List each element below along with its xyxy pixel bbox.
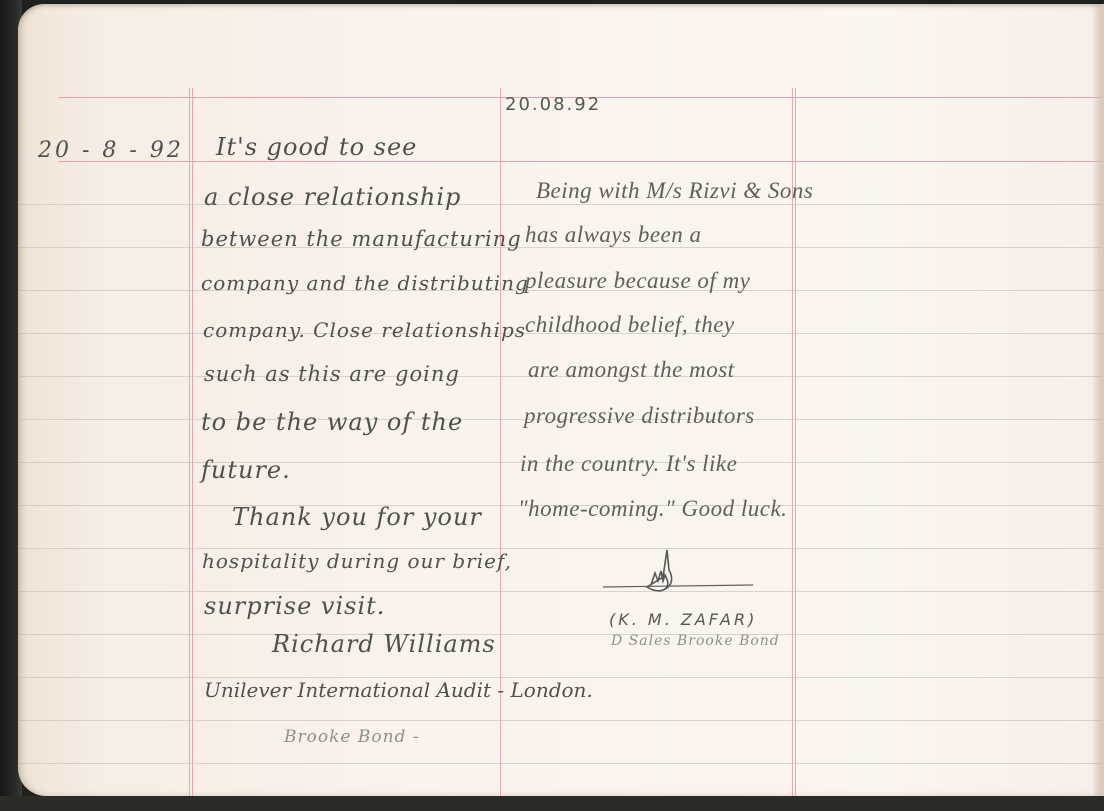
ruled-line xyxy=(18,204,1104,205)
entry-1-line: future. xyxy=(201,456,291,484)
ruled-line xyxy=(18,634,1104,635)
ruled-line xyxy=(18,548,1104,549)
entry-1-annotation: Brooke Bond - xyxy=(284,727,420,747)
entry-1-line: company and the distributing xyxy=(201,271,529,295)
entry-1-signature: Richard Williams xyxy=(272,630,496,658)
entry-2-name: (K. M. ZAFAR) xyxy=(609,610,757,629)
entry-1-affiliation: Unilever International Audit - London. xyxy=(204,678,593,702)
entry-1-line: Thank you for your xyxy=(232,503,482,531)
page-edge xyxy=(1092,4,1104,796)
entry-2-date: 20.08.92 xyxy=(505,94,601,115)
entry-2-line: "home-coming." Good luck. xyxy=(518,496,787,522)
entry-2-line: are amongst the most xyxy=(528,357,735,383)
entry-2-line: in the country. It's like xyxy=(520,451,737,477)
entry-1-line: between the manufacturing xyxy=(201,227,522,251)
entry-1-line: It's good to see xyxy=(216,133,417,161)
column-divider-date xyxy=(189,88,190,796)
entry-1-line: a close relationship xyxy=(204,183,461,211)
entry-2-annotation: D Sales Brooke Bond xyxy=(611,633,780,649)
book-bottom-edge xyxy=(0,796,1104,811)
column-divider-date-double xyxy=(192,88,193,796)
entry-1-line: surprise visit. xyxy=(204,592,385,620)
entry-1-line: hospitality during our brief, xyxy=(202,549,512,573)
entry-2-line: Being with M/s Rizvi & Sons xyxy=(536,178,813,204)
entry-1-line: company. Close relationships xyxy=(203,318,526,342)
entry-2-line: progressive distributors xyxy=(524,403,755,429)
entry-2-signature-mark xyxy=(603,545,755,595)
entry-2-line: childhood belief, they xyxy=(525,312,735,338)
ruled-line xyxy=(18,720,1104,721)
entry-1-line: such as this are going xyxy=(204,362,460,386)
entry-2-line: has always been a xyxy=(525,222,702,248)
entry-1-line: to be the way of the xyxy=(201,408,463,436)
header-line-bottom xyxy=(58,161,1104,162)
entry-2-line: pleasure because of my xyxy=(525,268,750,294)
entry-1-date: 20 - 8 - 92 xyxy=(38,138,184,163)
ruled-line xyxy=(18,763,1104,764)
ruled-line xyxy=(18,591,1104,592)
